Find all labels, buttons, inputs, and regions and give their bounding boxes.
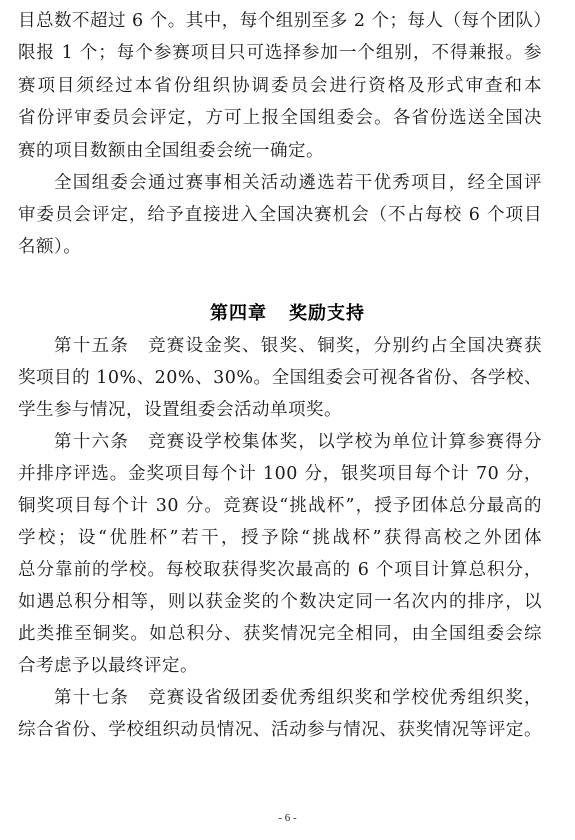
text-line: 赛项目须经过本省份组织协调委员会进行资格及形式审查和本 [18,73,542,99]
article-15-line: 学生参与情况，设置组委会活动单项奖。 [18,397,542,423]
text-line: 名额）。 [18,234,542,260]
text-line: 省份评审委员会评定，方可上报全国组委会。各省份选送全国决 [18,105,542,131]
article-16-line: 总分靠前的学校。每校取获得奖次最高的 6 个项目计算总积分， [18,557,542,583]
article-15-line: 奖项目的 10%、20%、30%。全国组委会可视各省份、各学校、 [18,365,542,391]
article-15-line: 第十五条 竞赛设金奖、银奖、铜奖，分别约占全国决赛获 [54,333,542,359]
chapter-number: 第四章 [210,303,267,324]
article-16-line: 铜奖项目每个计 30 分。竞赛设“挑战杯”，授予团体总分最高的 [18,493,542,519]
text-line: 全国组委会通过赛事相关活动遴选若干优秀项目，经全国评 [54,170,542,196]
article-16-line: 并排序评选。金奖项目每个计 100 分，银奖项目每个计 70 分， [18,461,542,487]
chapter-heading: 第四章奖励支持 [0,301,575,327]
page-number: - 6 - [0,812,575,824]
text-line: 审委员会评定，给予直接进入全国决赛机会（不占每校 6 个项目 [18,202,542,228]
text-line: 目总数不超过 6 个。其中，每个组别至多 2 个；每人（每个团队） [18,8,542,34]
article-16-line: 如遇总积分相等，则以获金奖的个数决定同一名次内的排序，以 [18,589,542,615]
article-16-line: 第十六条 竞赛设学校集体奖，以学校为单位计算参赛得分 [54,429,542,455]
article-17-line: 第十七条 竞赛设省级团委优秀组织奖和学校优秀组织奖， [54,685,542,711]
article-16-line: 此类推至铜奖。如总积分、获奖情况完全相同，由全国组委会综 [18,621,542,647]
document-page: 目总数不超过 6 个。其中，每个组别至多 2 个；每人（每个团队） 限报 1 个… [0,0,575,840]
article-17-line: 综合省份、学校组织动员情况、活动参与情况、获奖情况等评定。 [18,717,542,743]
chapter-title: 奖励支持 [289,303,365,324]
text-line: 赛的项目数额由全国组委会统一确定。 [18,138,542,164]
article-16-line: 学校；设“优胜杯”若干，授予除“挑战杯”获得高校之外团体 [18,525,542,551]
article-16-line: 合考虑予以最终评定。 [18,653,542,679]
text-line: 限报 1 个；每个参赛项目只可选择参加一个组别，不得兼报。参 [18,40,542,66]
